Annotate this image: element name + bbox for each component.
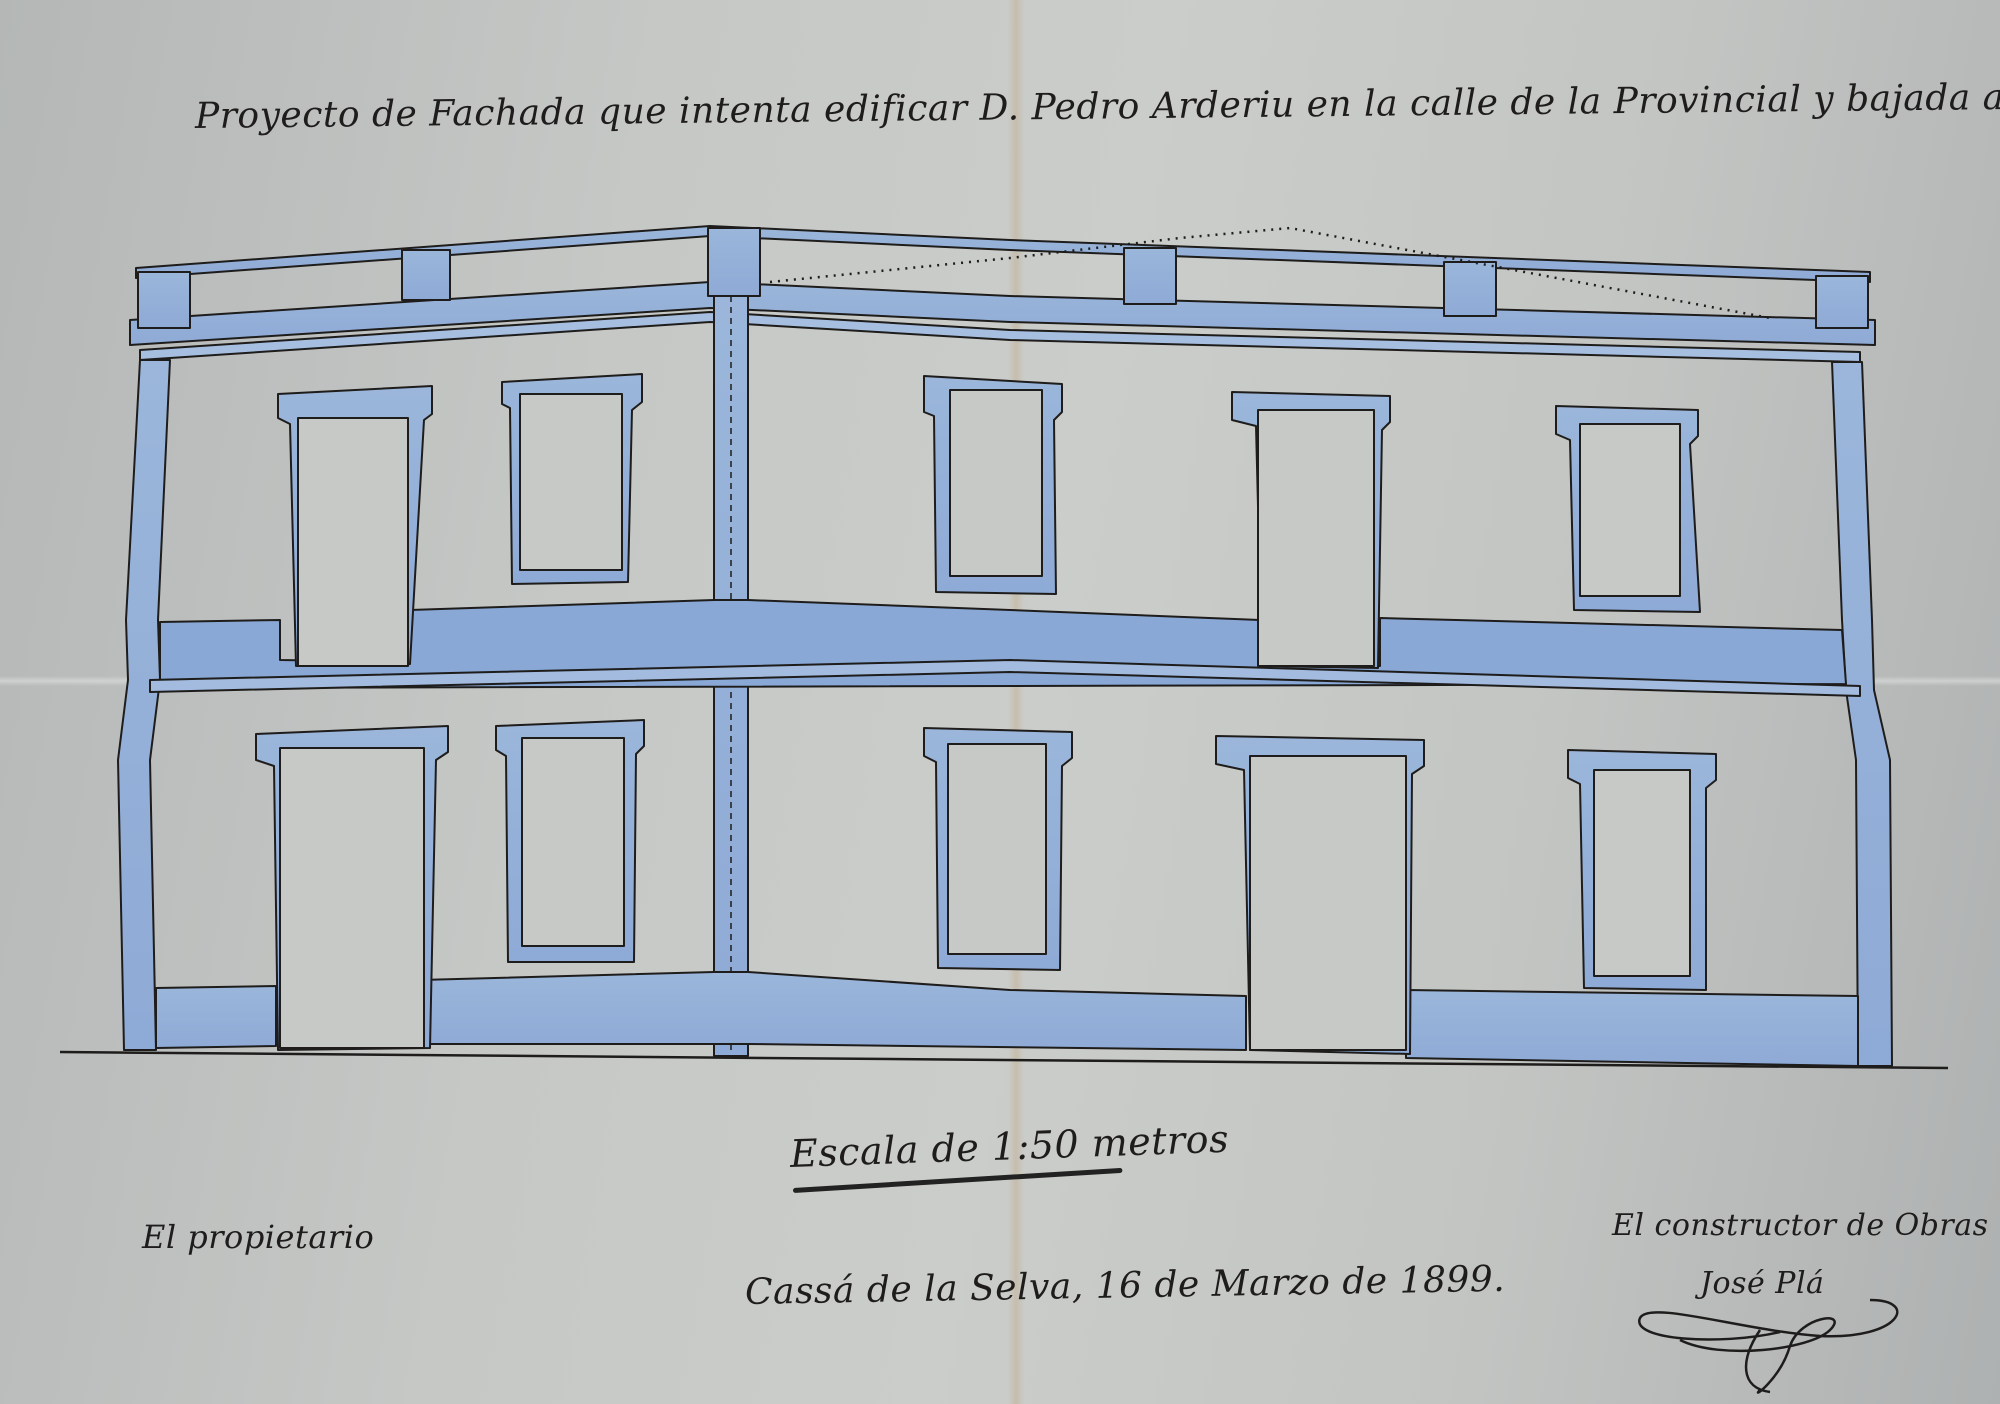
parapet-pier bbox=[138, 272, 190, 328]
facade-elevation bbox=[0, 0, 2000, 1404]
right-corner-pilaster bbox=[1832, 362, 1892, 1066]
parapet-pier bbox=[1444, 262, 1496, 316]
parapet-pier bbox=[1816, 276, 1868, 328]
builder-signature: José Plá bbox=[1700, 1266, 1824, 1301]
left-corner-pilaster bbox=[118, 360, 170, 1050]
owner-label: El propietario bbox=[142, 1218, 374, 1256]
ground-window-2 bbox=[924, 728, 1072, 970]
ground-door-2 bbox=[1216, 736, 1424, 1054]
parapet-pier bbox=[402, 250, 450, 300]
parapet-cornice bbox=[130, 226, 1875, 362]
ground-door-1 bbox=[256, 726, 448, 1050]
ground-floor-plinth bbox=[420, 972, 1246, 1050]
upper-window-2 bbox=[924, 376, 1062, 594]
builder-label: El constructor de Obras bbox=[1612, 1208, 1989, 1243]
drawing-sheet: Proyecto de Fachada que intenta edificar… bbox=[0, 0, 2000, 1404]
ground-window-3 bbox=[1568, 750, 1716, 990]
upper-window-3 bbox=[1556, 406, 1700, 612]
ground-floor-plinth bbox=[156, 986, 276, 1048]
parapet-pier bbox=[708, 228, 760, 296]
upper-door-1 bbox=[278, 386, 432, 666]
ground-floor-plinth bbox=[1406, 990, 1858, 1066]
upper-window-1 bbox=[502, 374, 642, 584]
ground-window-1 bbox=[496, 720, 644, 962]
signature-flourish bbox=[1639, 1300, 1897, 1393]
parapet-pier bbox=[1124, 248, 1176, 304]
